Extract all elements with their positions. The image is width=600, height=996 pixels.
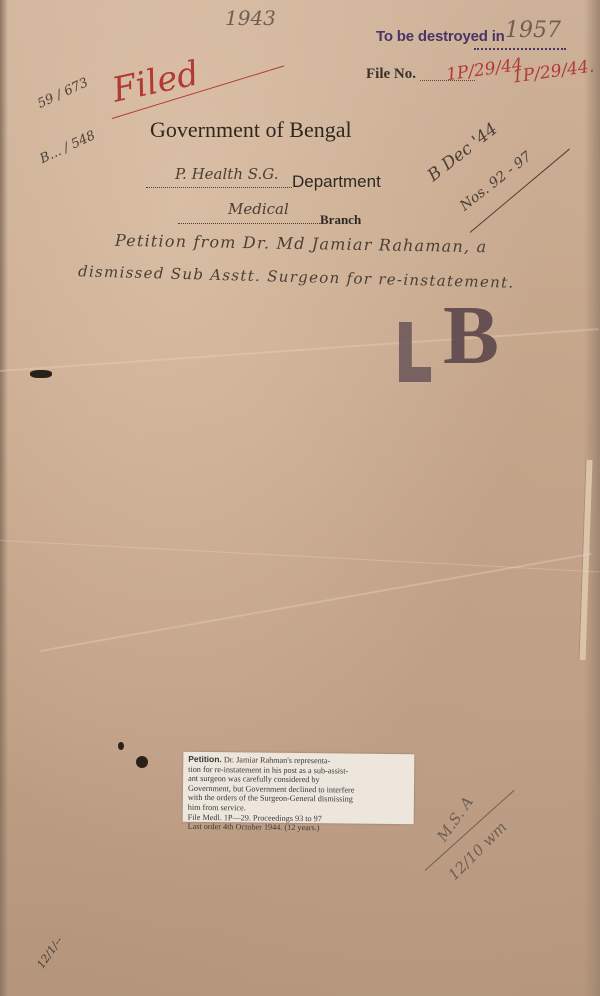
branch-dotted-line xyxy=(178,223,320,224)
margin-note: 59 / 673 xyxy=(35,75,90,111)
printed-clipping: Petition. Dr. Jamiar Rahman's representa… xyxy=(183,752,415,824)
cover-left-edge xyxy=(0,0,8,996)
department-label: Department xyxy=(292,172,381,192)
subject-line-1: Petition from Dr. Md Jamiar Rahaman, a xyxy=(115,231,488,256)
branch-handwritten: Medical xyxy=(228,200,289,218)
clipping-text: Dr. Jamiar Rahman's representa- xyxy=(224,755,331,765)
ink-blot xyxy=(30,370,52,378)
ink-blot xyxy=(118,742,124,750)
government-title: Government of Bengal xyxy=(150,117,352,143)
branch-label: Branch xyxy=(320,212,361,228)
stamp-letter-l xyxy=(399,322,431,382)
crease xyxy=(0,540,599,572)
subject-line-2: dismissed Sub Asstt. Surgeon for re-inst… xyxy=(78,262,515,291)
pencil-year: 1943 xyxy=(225,6,276,30)
department-handwritten: P. Health S.G. xyxy=(175,165,278,183)
clipping-last-order: Last order 4th October 1944. (12 years.) xyxy=(188,822,409,834)
department-dotted-line xyxy=(146,187,292,188)
crease xyxy=(0,328,599,372)
destroy-label: To be destroyed in xyxy=(376,28,505,45)
bottom-left-note: 12/1/-- xyxy=(34,934,65,971)
stamp-letter-b: B xyxy=(443,294,499,378)
filed-annotation: Filed xyxy=(109,53,203,110)
eb-stamp: B xyxy=(395,292,505,382)
ink-blot xyxy=(136,756,148,768)
file-cover: 1943 To be destroyed in 1957 File No. 1P… xyxy=(0,0,600,996)
file-no-label: File No. xyxy=(366,66,416,83)
bottom-right-note: M.S. A xyxy=(433,793,477,844)
destroy-dotted-line xyxy=(474,48,566,50)
margin-note: B... / 548 xyxy=(38,128,98,167)
clipping-lead: Petition. xyxy=(188,754,222,764)
destroy-year: 1957 xyxy=(505,18,561,43)
file-no-value-red-2: 1P/29/44. xyxy=(511,56,595,87)
